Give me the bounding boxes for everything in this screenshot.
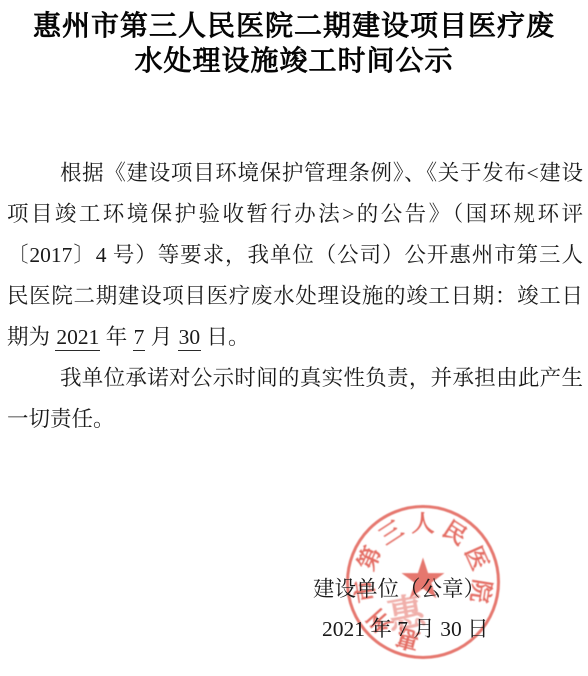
completion-month-underlined: 7 bbox=[133, 325, 146, 351]
signature-unit-label: 建设单位（公章） bbox=[313, 576, 485, 602]
body-line-2: 项目竣工环境保护验收暂行办法>的公告》（国环规环评 bbox=[7, 194, 583, 235]
signature-date: 2021 年 7 月 30 日 bbox=[322, 616, 489, 642]
body-line-7: 一切责任。 bbox=[7, 399, 583, 440]
month-suffix: 月 bbox=[145, 325, 177, 349]
day-suffix: 日。 bbox=[201, 325, 249, 349]
notice-page: 惠州市第三人民医院 ★ 惠 惠州市第三人民医院二期建设项目医疗废水处理设施竣工时… bbox=[0, 0, 588, 676]
body-line-4: 民医院二期建设项目医疗废水处理设施的竣工日期：竣工日 bbox=[7, 276, 583, 317]
completion-year-underlined: 2021 bbox=[55, 325, 100, 351]
date-prefix: 期为 bbox=[7, 325, 55, 349]
seal-arc-char: 医 bbox=[459, 541, 493, 575]
seal-arc-char: 人 bbox=[410, 511, 436, 537]
seal-arc-char: 第 bbox=[353, 541, 387, 575]
completion-day-underlined: 30 bbox=[178, 325, 202, 351]
body-line-6: 我单位承诺对公示时间的真实性负责，并承担由此产生 bbox=[7, 358, 583, 399]
body-line-3: 〔2017〕4 号）等要求，我单位（公司）公开惠州市第三人 bbox=[7, 235, 583, 276]
notice-body: 根据《建设项目环境保护管理条例》、《关于发布<建设 项目竣工环境保护验收暂行办法… bbox=[7, 153, 583, 440]
body-line-5-completion-date: 期为 2021 年 7 月 30 日。 bbox=[7, 317, 583, 358]
body-line-1: 根据《建设项目环境保护管理条例》、《关于发布<建设 bbox=[7, 153, 583, 194]
page-title: 惠州市第三人民医院二期建设项目医疗废水处理设施竣工时间公示 bbox=[23, 8, 565, 78]
year-suffix: 年 bbox=[100, 325, 132, 349]
